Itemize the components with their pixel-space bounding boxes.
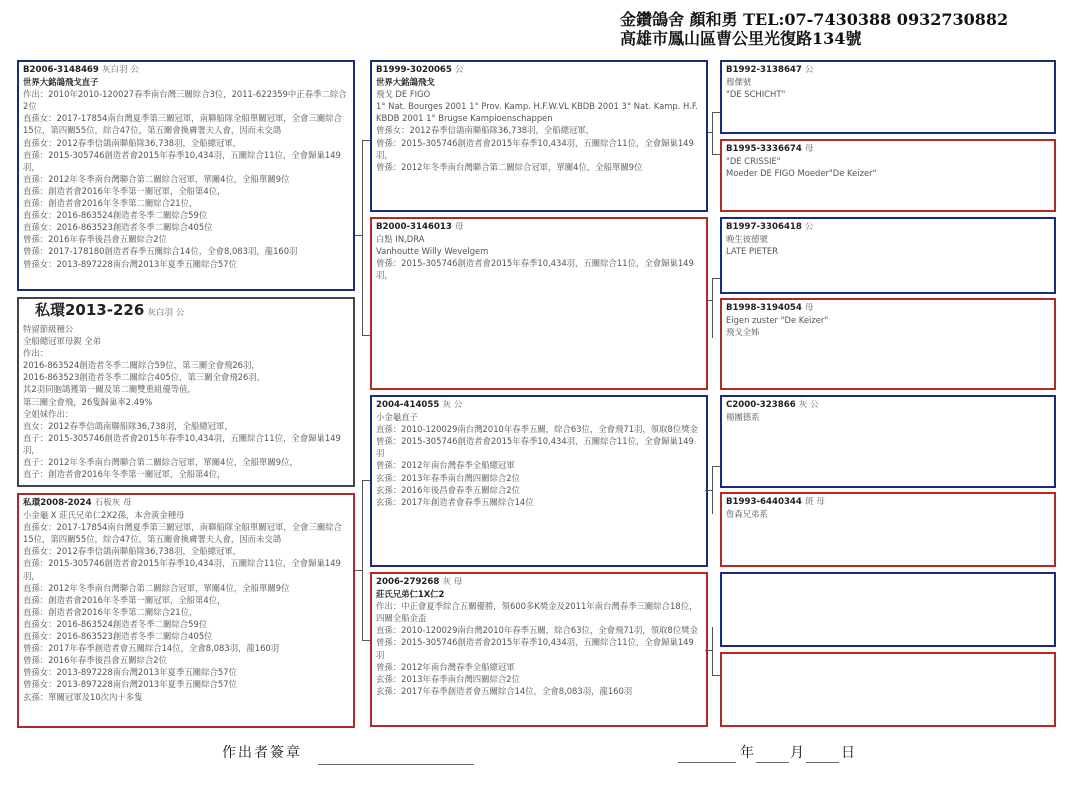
record-line: 曾孫：2015-305746創造者會2015年春季10,434羽，五關綜合11位…	[376, 257, 702, 281]
subject-id: 私環2013-226灰白羽 公	[23, 301, 349, 323]
record-line: 直孫：創造者會2016年冬季第二關綜合21位，	[23, 606, 349, 618]
record-line: Moeder DE FIGO Moeder"De Keizer"	[726, 167, 1050, 179]
connector-ss-h	[708, 132, 712, 133]
ggp-6-id: B1993-6440344斑 母	[726, 496, 1050, 508]
year-label: 年	[740, 742, 754, 762]
record-line: 直孫：創造者會2016年冬季第二關綜合21位，	[23, 197, 349, 209]
dam-sire-box: 2004-414055灰 公 小金龜直子直孫：2010-120029南台灣201…	[370, 395, 708, 567]
ggp-8-id	[726, 656, 1050, 668]
dam-id: 私環2008-2024石板灰 母	[23, 497, 349, 509]
ggp-box-1: B1992-3138647公 穆傑號"DE SCHICHT"	[720, 60, 1056, 134]
connector-dd-h	[705, 650, 712, 651]
connector-ss-b	[712, 154, 720, 155]
subject-lines: 特留節級種公全船總冠軍母親 全弟作出：2016-863524創造者冬季二關綜合5…	[23, 323, 349, 480]
loft-contact: 金鑽鴿舍 顏和勇 TEL:07-7430388 0932730882	[620, 10, 1080, 29]
connector-sd-h	[708, 300, 712, 301]
ggp-box-8	[720, 652, 1056, 727]
record-line: 2016-863523創造者冬季二關綜合405位，第三關全會飛26羽，	[23, 371, 349, 383]
loft-address: 高雄市鳳山區曹公里光復路134號	[620, 29, 1080, 48]
dam-sire-lines: 小金龜直子直孫：2010-120029南台灣2010年春季五關，綜合63位，全會…	[376, 411, 702, 508]
record-line: Eigen zuster "De Keizer"	[726, 314, 1050, 326]
signature-label: 作出者簽章	[222, 742, 302, 762]
record-line: 特留節級種公	[23, 323, 349, 335]
day-line[interactable]	[806, 762, 839, 763]
record-line: 直孫女：2016-863523創造者冬季二關綜合405位	[23, 221, 349, 233]
ggp-3-id: B1997-3306418公	[726, 221, 1050, 233]
record-line: 直孫女：2017-17854南台灣夏季第三關冠軍，南聯船隊全船單關冠軍，全會三關…	[23, 112, 349, 136]
record-line: 曾孫女：2013-897228南台灣2013年夏季五關綜合57位	[23, 678, 349, 690]
dam-dam-id: 2006-279268灰 母	[376, 576, 702, 588]
ggp-1-id: B1992-3138647公	[726, 64, 1050, 76]
connector-ss-t	[712, 112, 720, 113]
record-line: 曾孫：2017-178180創造者春季五關綜合14位，全會8,083羽，龍160…	[23, 245, 349, 257]
sire-id: B2006-3148469灰白羽 公	[23, 64, 349, 76]
ggp-5-id: C2000-323866灰 公	[726, 399, 1050, 411]
record-line: 小金龜直子	[376, 411, 702, 423]
record-line: 曾孫女：2012春季信鴿南聯船隊36,738羽，全船總冠軍，	[376, 124, 702, 136]
record-line: 直孫女：2012春季信鴿南聯船隊36,738羽，全船總冠軍，	[23, 545, 349, 557]
sire-lines: 作出：2010年2010-120027春季南台灣三關綜合3位，2011-6223…	[23, 88, 349, 269]
record-line: 直子：創造者會2016年冬季第一關冠軍，全船第4位，	[23, 468, 349, 480]
signature-footer: 作出者簽章 年 月 日	[0, 740, 1080, 780]
connector-ss	[712, 112, 713, 154]
record-line: 其2羽同胞鴿獲第一關及第二關雙重組優等值，	[23, 383, 349, 395]
connector-dam-bot	[362, 640, 370, 641]
ggp-2-id: B1995-3336674母	[726, 143, 1050, 155]
ggp-box-7	[720, 572, 1056, 647]
record-line: 穆傑號	[726, 76, 1050, 88]
record-line: 第三關全會飛，26隻歸巢率2.49%	[23, 396, 349, 408]
record-line: 曾孫：2015-305746創造者會2015年春季10,434羽，五關綜合11位…	[376, 137, 702, 161]
record-line: 楊團德系	[726, 411, 1050, 423]
record-line: 直孫女：2016-863523創造者冬季二關綜合405位	[23, 630, 349, 642]
connector-ds-h	[705, 490, 712, 491]
record-line: 直孫：2012年冬季南台灣聯合第二關綜合冠軍，單關4位，全船單關9位	[23, 582, 349, 594]
connector-dam-h	[355, 570, 362, 571]
record-line: 玄孫：2016年後昌會春季五關綜合2位	[376, 484, 702, 496]
dam-lines: 小金龜 X 莊氏兄弟仁2X2孫，本舍黃金種母直孫女：2017-17854南台灣夏…	[23, 509, 349, 703]
record-line: 直孫：2010-120029南台灣2010年春季五關，綜合63位，全會飛71羽，…	[376, 423, 702, 435]
record-line: 直孫：2015-305746創造者會2015年春季10,434羽，五關綜合11位…	[23, 557, 349, 581]
record-line: 晚生彼德號	[726, 233, 1050, 245]
ggp-3-lines: 晚生彼德號LATE PIETER	[726, 233, 1050, 257]
record-line: "DE SCHICHT"	[726, 88, 1050, 100]
sire-sire-lines: 飛戈 DE FIGO1° Nat. Bourges 2001 1° Prov. …	[376, 88, 702, 173]
ggp-box-5: C2000-323866灰 公 楊團德系	[720, 395, 1056, 488]
connector-ds	[712, 466, 713, 514]
ggp-5-lines: 楊團德系	[726, 411, 1050, 423]
sire-sire-id: B1999-3020065公	[376, 64, 702, 76]
connector-dd	[712, 627, 713, 675]
ggp-box-6: B1993-6440344斑 母 詹森兄弟系	[720, 492, 1056, 567]
record-line: 直孫：創造者會2016年冬季第一關冠軍，全船第4位，	[23, 594, 349, 606]
record-line: 玄孫：單關冠軍及10次內十多隻	[23, 691, 349, 703]
connector-sire-bot	[362, 335, 370, 336]
ggp-box-3: B1997-3306418公 晚生彼德號LATE PIETER	[720, 217, 1056, 294]
loft-header: 金鑽鴿舍 顏和勇 TEL:07-7430388 0932730882 高雄市鳳山…	[620, 10, 1080, 48]
connector-dam-top	[362, 480, 370, 481]
ggp-6-lines: 詹森兄弟系	[726, 508, 1050, 520]
ggp-1-lines: 穆傑號"DE SCHICHT"	[726, 76, 1050, 100]
record-line: 直孫：2015-305746創造者會2015年春季10,434羽，五關綜合11位…	[23, 149, 349, 173]
day-label: 日	[841, 742, 855, 762]
connector-sire	[362, 140, 363, 335]
record-line: 直孫：2010-120029南台灣2010年春季五關，綜合63位，全會飛71羽，…	[376, 624, 702, 636]
sire-sire-name: 世界大銘鴿飛戈	[376, 76, 702, 88]
record-line: 曾孫：2017年春季創造者會五關綜合14位，全會8,083羽，龍160羽	[23, 642, 349, 654]
record-line: 玄孫：2017年創造者會春季五關綜合14位	[376, 496, 702, 508]
record-line: 玄孫：2013年春季南台灣四關綜合2位	[376, 472, 702, 484]
month-label: 月	[790, 742, 804, 762]
connector-dam	[362, 480, 363, 640]
record-line: 曾孫：2015-305746創造者會2015年春季10,434羽，五關綜合11位…	[376, 435, 702, 459]
record-line: 曾孫女：2013-897228南台灣2013年夏季五關綜合57位	[23, 666, 349, 678]
record-line: 小金龜 X 莊氏兄弟仁2X2孫，本舍黃金種母	[23, 509, 349, 521]
record-line: 全船總冠軍母親 全弟	[23, 335, 349, 347]
record-line: 作出：中正會夏季綜合五關優勝，領600多K獎金及2011年南台灣春季三關綜合18…	[376, 600, 702, 624]
record-line: 作出：2010年2010-120027春季南台灣三關綜合3位，2011-6223…	[23, 88, 349, 112]
connector-sire-top	[362, 140, 370, 141]
record-line: 直女：2012春季信鴿南聯船隊36,738羽，全船總冠軍，	[23, 420, 349, 432]
record-line: 曾孫女：2013-897228南台灣2013年夏季五關綜合57位	[23, 258, 349, 270]
record-line: 全姐妹作出：	[23, 408, 349, 420]
dam-box: 私環2008-2024石板灰 母 小金龜 X 莊氏兄弟仁2X2孫，本舍黃金種母直…	[17, 493, 355, 728]
dam-dam-name: 莊氏兄弟仁1X仁2	[376, 588, 702, 600]
record-line: 曾孫：2012年冬季南台灣聯合第二關綜合冠軍，單關4位，全船單關9位	[376, 161, 702, 173]
record-line: 直孫女：2017-17854南台灣夏季第三關冠軍，南聯船隊全船單關冠軍，全會三關…	[23, 521, 349, 545]
connector-ds-t	[712, 466, 720, 467]
record-line: "DE CRISSIE"	[726, 155, 1050, 167]
record-line: 直子：2012年冬季南台灣聯合第二關綜合冠軍，單關4位，全船單關9位，	[23, 456, 349, 468]
ggp-box-2: B1995-3336674母 "DE CRISSIE"Moeder DE FIG…	[720, 139, 1056, 212]
sire-dam-lines: 白點 IN,DRAVanhoutte Willy Wevelgem曾孫：2015…	[376, 233, 702, 281]
record-line: 直孫女：2012春季信鴿南聯船隊36,738羽，全船總冠軍，	[23, 137, 349, 149]
record-line: 直孫：2012年冬季南台灣聯合第二關綜合冠軍，單關4位，全船單關9位	[23, 173, 349, 185]
record-line: 玄孫：2013年春季南台灣四關綜合2位	[376, 673, 702, 685]
record-line: 飛戈全姊	[726, 326, 1050, 338]
record-line: 1° Nat. Bourges 2001 1° Prov. Kamp. H.F.…	[376, 100, 702, 124]
ggp-box-4: B1998-3194054母 Eigen zuster "De Keizer"飛…	[720, 298, 1056, 390]
connector-dd-b	[712, 675, 720, 676]
record-line: 直子：2015-305746創造者會2015年春季10,434羽，五關綜合11位…	[23, 432, 349, 456]
record-line: 曾孫：2015-305746創造者會2015年春季10,434羽，五關綜合11位…	[376, 636, 702, 660]
sire-box: B2006-3148469灰白羽 公 世界大銘鴿飛戈直子 作出：2010年201…	[17, 60, 355, 291]
dam-sire-id: 2004-414055灰 公	[376, 399, 702, 411]
ggp-7-id	[726, 576, 1050, 588]
record-line: 直孫女：2016-863524創造者冬季二關綜合59位	[23, 209, 349, 221]
dam-dam-lines: 作出：中正會夏季綜合五關優勝，領600多K獎金及2011年南台灣春季三關綜合18…	[376, 600, 702, 697]
sire-dam-box: B2000-3146013母 白點 IN,DRAVanhoutte Willy …	[370, 217, 708, 390]
record-line: 曾孫：2016年春季後昌會五關綜合2位	[23, 233, 349, 245]
sire-name: 世界大銘鴿飛戈直子	[23, 76, 349, 88]
record-line: 作出：	[23, 347, 349, 359]
record-line: 直孫：創造者會2016年冬季第一關冠軍，全船第4位，	[23, 185, 349, 197]
record-line: 飛戈 DE FIGO	[376, 88, 702, 100]
ggp-4-lines: Eigen zuster "De Keizer"飛戈全姊	[726, 314, 1050, 338]
month-line[interactable]	[756, 762, 789, 763]
sire-dam-id: B2000-3146013母	[376, 221, 702, 233]
connector-sd-t	[712, 278, 720, 279]
record-line: 2016-863524創造者冬季二關綜合59位，第三關全會飛26羽，	[23, 359, 349, 371]
year-line[interactable]	[678, 762, 736, 763]
record-line: Vanhoutte Willy Wevelgem	[376, 245, 702, 257]
ggp-2-lines: "DE CRISSIE"Moeder DE FIGO Moeder"De Kei…	[726, 155, 1050, 179]
record-line: 曾孫：2016年春季後昌會五關綜合2位	[23, 654, 349, 666]
signature-line[interactable]	[318, 764, 474, 765]
record-line: 白點 IN,DRA	[376, 233, 702, 245]
connector-sire-h	[355, 235, 362, 236]
sire-sire-box: B1999-3020065公 世界大銘鴿飛戈 飛戈 DE FIGO1° Nat.…	[370, 60, 708, 212]
record-line: 曾孫：2012年南台灣春季全船總冠軍	[376, 661, 702, 673]
record-line: 曾孫：2012年南台灣春季全船總冠軍	[376, 459, 702, 471]
ggp-4-id: B1998-3194054母	[726, 302, 1050, 314]
record-line: LATE PIETER	[726, 245, 1050, 257]
record-line: 直孫女：2016-863524創造者冬季二關綜合59位	[23, 618, 349, 630]
record-line: 詹森兄弟系	[726, 508, 1050, 520]
record-line: 玄孫：2017年春季創造者會五關綜合14位，全會8,083羽，龍160羽	[376, 685, 702, 697]
dam-dam-box: 2006-279268灰 母 莊氏兄弟仁1X仁2 作出：中正會夏季綜合五關優勝，…	[370, 572, 708, 727]
subject-box: 私環2013-226灰白羽 公 特留節級種公全船總冠軍母親 全弟作出：2016-…	[17, 297, 355, 487]
connector-sd	[712, 278, 713, 338]
